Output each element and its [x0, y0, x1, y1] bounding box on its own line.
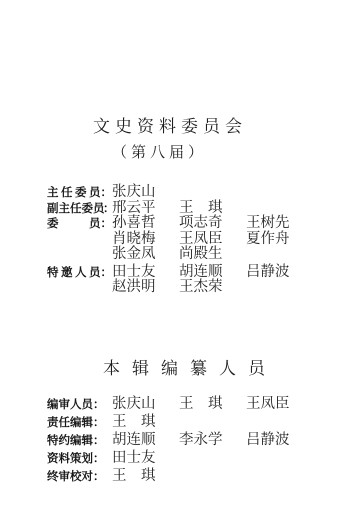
colon: ：	[101, 184, 113, 200]
role-label: 终审校对	[47, 468, 93, 484]
role-label: 特约编辑	[47, 432, 93, 448]
person-name: 李永学	[179, 428, 227, 449]
role-label-box: 委员：	[47, 215, 112, 231]
committee-session-subtitle: （第八届）	[112, 141, 207, 162]
editorial-row-contributing-editors: 特约编辑： 胡连顺李永学吕静波	[47, 428, 313, 446]
colon: ：	[101, 215, 113, 231]
names-group: 王 琪	[112, 464, 179, 485]
editorial-title: 本辑编纂人员	[103, 354, 277, 379]
editorial-row-reviewers: 编审人员： 张庆山王 琪王凤臣	[47, 392, 313, 410]
person-name: 吕静波	[246, 260, 294, 281]
colon: ：	[93, 450, 105, 466]
committee-row-director: 主任委员： 张庆山	[47, 180, 313, 196]
committee-title: 文史资料委员会	[93, 112, 247, 137]
person-name: 吕静波	[246, 428, 294, 449]
person-name: 赵洪明	[112, 275, 160, 296]
role-label: 责任编辑	[47, 414, 93, 430]
editorial-staff-list: 编审人员： 张庆山王 琪王凤臣 责任编辑： 王 琪 特约编辑： 胡连顺李永学吕静…	[47, 392, 313, 482]
role-label: 副主任委员	[47, 200, 103, 216]
colon: ：	[93, 396, 105, 412]
role-label-box: 资料策划：	[47, 450, 112, 466]
role-label-box: 副主任委员：	[47, 200, 112, 216]
role-label: 特邀人员	[47, 264, 101, 280]
colon: ：	[93, 414, 105, 430]
committee-row-invited-1: 特邀人员： 田士友胡连顺吕静波	[47, 260, 313, 276]
role-label: 主任委员	[47, 184, 101, 200]
colon: ：	[101, 264, 113, 280]
role-label-box: 特约编辑：	[47, 432, 112, 448]
person-name: 王凤臣	[246, 392, 294, 413]
scanned-book-page: 文史资料委员会 （第八届） 主任委员： 张庆山 副主任委员： 邢云平王 琪 委员…	[0, 0, 362, 517]
role-label: 编审人员	[47, 396, 93, 412]
person-name: 王 琪	[112, 464, 160, 485]
role-label-box: 主任委员：	[47, 184, 112, 200]
colon: ：	[93, 468, 105, 484]
role-label: 委员	[47, 215, 101, 231]
role-label: 资料策划	[47, 450, 93, 466]
role-label-box: 特邀人员：	[47, 264, 112, 280]
person-name: 王杰荣	[179, 275, 227, 296]
role-label-box: 终审校对：	[47, 468, 112, 484]
role-label-box: 责任编辑：	[47, 414, 112, 430]
person-name: 王 琪	[179, 392, 227, 413]
person-name: 夏作舟	[246, 227, 294, 248]
editorial-row-final-proofreading: 终审校对： 王 琪	[47, 464, 313, 482]
colon: ：	[93, 432, 105, 448]
names-group: 赵洪明王杰荣	[112, 275, 246, 296]
role-label-box: 编审人员：	[47, 396, 112, 412]
committee-member-list: 主任委员： 张庆山 副主任委员： 邢云平王 琪 委员： 孙喜哲项志奇王树先 肖晓…	[47, 180, 313, 291]
